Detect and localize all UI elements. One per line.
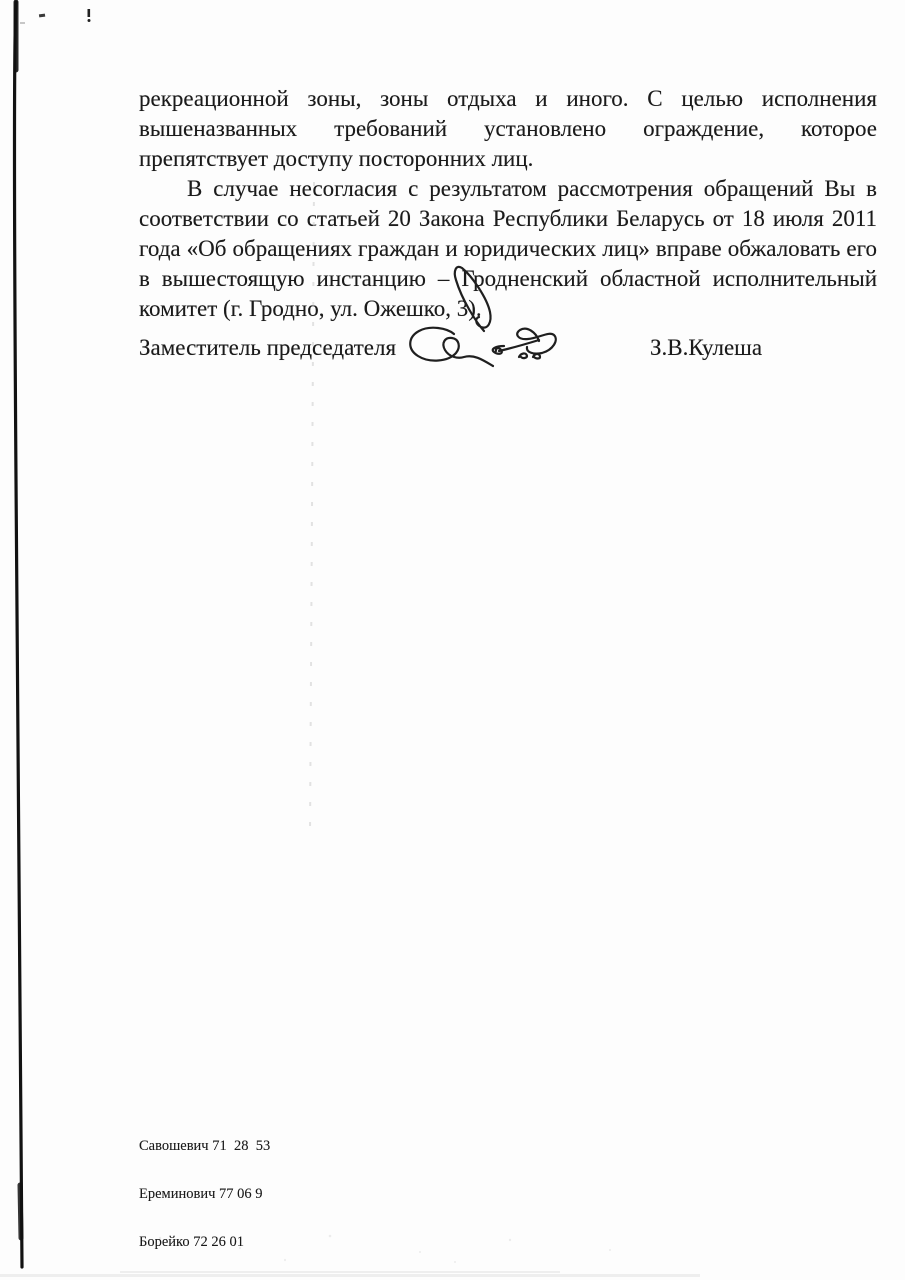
paragraph-line: комитет (г. Гродно, ул. Ожешко, 3). [139, 294, 877, 324]
scanned-letter-page: { "doc": { "p1": { "lines": [ "рекреацио… [0, 0, 905, 1280]
letter-body: рекреационной зоны, зоны отдыха и иного.… [139, 84, 877, 324]
paragraph-line: года «Об обращениях граждан и юридически… [139, 234, 877, 264]
paragraph-line: В случае несогласия с результатом рассмо… [139, 174, 877, 204]
signature-block: Заместитель председателя З.В.Кулеша [0, 333, 905, 373]
scan-edge-artifact [15, 2, 23, 1267]
paragraph-line: в вышестоящую инстанцию – Гродненский об… [139, 264, 877, 294]
paragraph-line: препятствует доступу посторонних лиц. [139, 144, 877, 174]
paragraph-line: вышеназванных требований установлено огр… [139, 114, 877, 144]
paragraph-line: рекреационной зоны, зоны отдыха и иного.… [139, 84, 877, 114]
contact-line: Ереминович 77 06 9 [139, 1186, 270, 1202]
contact-line: Борейко 72 26 01 [139, 1234, 270, 1250]
scan-speck-marks [20, 9, 91, 24]
contact-line: Савошевич 71 28 53 [139, 1138, 270, 1154]
signer-name: З.В.Кулеша [650, 333, 762, 363]
signer-position-title: Заместитель председателя [139, 333, 396, 363]
bottom-scan-edge [0, 1271, 700, 1277]
contact-list: Савошевич 71 28 53 Ереминович 77 06 9 Бо… [139, 1106, 270, 1266]
paragraph-line: соответствии со статьей 20 Закона Респуб… [139, 204, 877, 234]
